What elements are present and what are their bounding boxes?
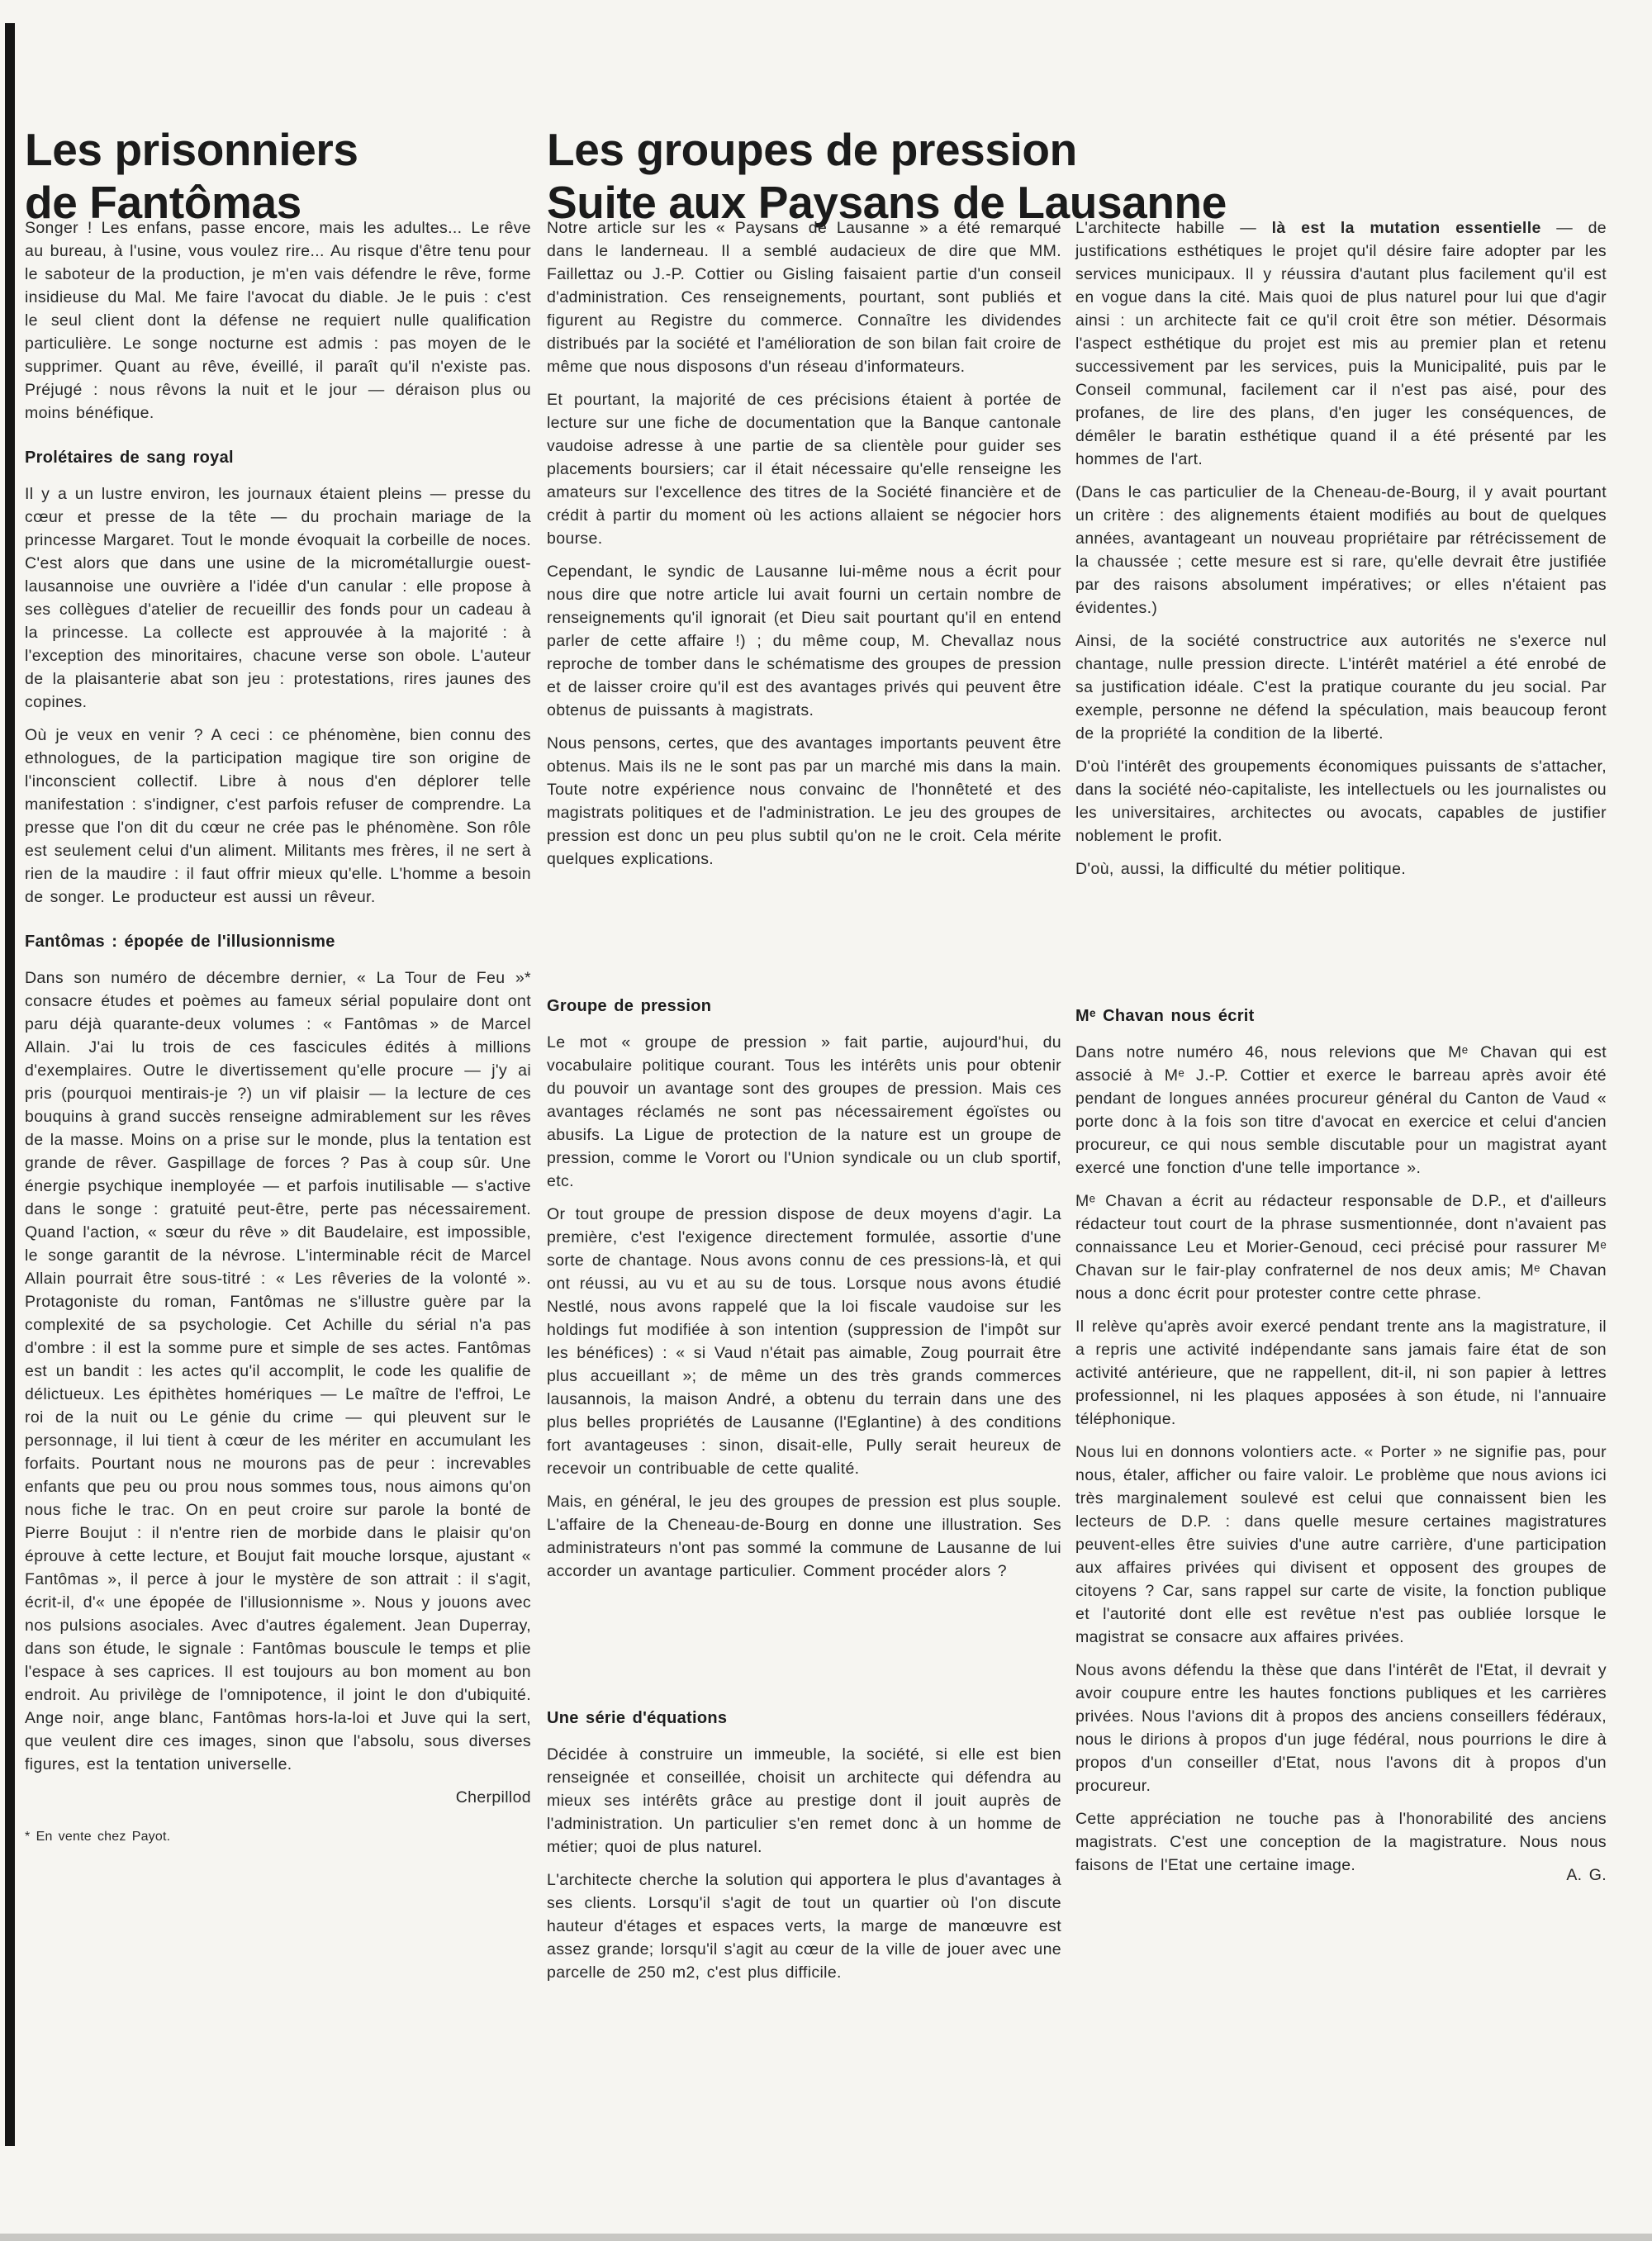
paragraph: Mais, en général, le jeu des groupes de … [547, 1490, 1061, 1583]
headline-main-article: Les groupes de pression Suite aux Paysan… [547, 123, 1629, 229]
paragraph: Cependant, le syndic de Lausanne lui-mêm… [547, 560, 1061, 722]
footnote: * En vente chez Payot. [25, 1826, 531, 1849]
paragraph: Où je veux en venir ? A ceci : ce phénom… [25, 724, 531, 909]
paragraph: Notre article sur les « Paysans de Lausa… [547, 216, 1061, 378]
paragraph: Nous pensons, certes, que des avantages … [547, 732, 1061, 871]
paragraph: Et pourtant, la majorité de ces précisio… [547, 388, 1061, 550]
paragraph: D'où, aussi, la difficulté du métier pol… [1075, 857, 1607, 881]
main-article-column-2: L'architecte habille — là est la mutatio… [1075, 216, 1607, 1887]
headline-left-article: Les prisonniers de Fantômas [25, 123, 541, 229]
main-article-column-1: Notre article sur les « Paysans de Lausa… [547, 216, 1061, 1994]
paragraph: Nous avons défendu la thèse que dans l'i… [1075, 1659, 1607, 1797]
paragraph: L'architecte habille — là est la mutatio… [1075, 216, 1607, 471]
bold-emphasis-text: là est la mutation essentielle [1272, 219, 1541, 237]
paragraph: Décidée à construire un immeuble, la soc… [547, 1743, 1061, 1859]
section-subheading: Une série d'équations [547, 1707, 1061, 1730]
paragraph: (Dans le cas particulier de la Cheneau-d… [1075, 481, 1607, 620]
headline-line: Les prisonniers [25, 123, 541, 176]
paragraph: Dans son numéro de décembre dernier, « L… [25, 966, 531, 1776]
paragraph: Nous lui en donnons volontiers acte. « P… [1075, 1441, 1607, 1649]
paragraph: L'architecte cherche la solution qui app… [547, 1868, 1061, 1984]
paragraph: Ainsi, de la société constructrice aux a… [1075, 629, 1607, 745]
paragraph: Mᵉ Chavan a écrit au rédacteur responsab… [1075, 1189, 1607, 1305]
paragraph: Songer ! Les enfans, passe encore, mais … [25, 216, 531, 425]
left-margin-rule [5, 23, 15, 2146]
paragraph: Or tout groupe de pression dispose de de… [547, 1203, 1061, 1480]
paragraph: Dans notre numéro 46, nous relevions que… [1075, 1041, 1607, 1180]
newspaper-page: Les prisonniers de Fantômas Les groupes … [0, 0, 1652, 2241]
left-article-column: Songer ! Les enfans, passe encore, mais … [25, 216, 531, 1849]
paragraph: D'où l'intérêt des groupements économiqu… [1075, 755, 1607, 847]
section-subheading: Fantômas : épopée de l'illusionnisme [25, 930, 531, 953]
page-bottom-scan-edge [0, 2234, 1652, 2241]
paragraph: Il relève qu'après avoir exercé pendant … [1075, 1315, 1607, 1431]
paragraph: Il y a un lustre environ, les journaux é… [25, 482, 531, 714]
body-text: L'architecte habille — [1075, 219, 1272, 237]
section-subheading: Prolétaires de sang royal [25, 446, 531, 469]
paragraph: Le mot « groupe de pression » fait parti… [547, 1031, 1061, 1193]
section-subheading: Groupe de pression [547, 995, 1061, 1018]
headline-line: Les groupes de pression [547, 123, 1629, 176]
section-subheading: Mᵉ Chavan nous écrit [1075, 1004, 1607, 1028]
body-text: — de justifications esthétiques le proje… [1075, 219, 1607, 468]
author-signature: Cherpillod [25, 1786, 531, 1809]
